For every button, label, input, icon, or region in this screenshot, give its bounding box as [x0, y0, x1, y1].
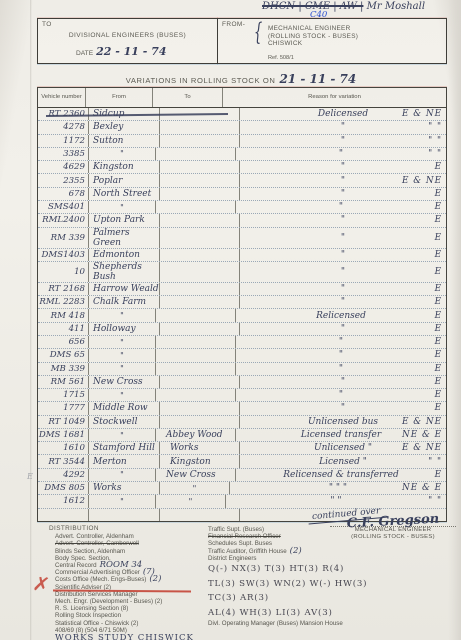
from-cell: " — [89, 363, 156, 375]
reason-cell: "" " — [236, 148, 446, 160]
table-row: RT 3544MertonKingstonLicensed "" " — [38, 454, 446, 467]
distribution-item-text: TC(3) AR(3) — [208, 593, 269, 603]
distribution-item-text: WORKS STUDY CHISWICK — [55, 633, 194, 640]
reason-cell: "E — [240, 188, 446, 200]
from-cell: Upton Park — [89, 214, 160, 226]
table-row: DMS 1681"Abbey WoodLicensed transferNE &… — [38, 428, 446, 441]
licensing-margin-code: " " — [428, 136, 442, 146]
licensing-margin-code: E — [435, 233, 442, 243]
distribution-item: Blinds Section, Aldenham — [55, 548, 205, 555]
licensing-margin-code: NE & E — [402, 430, 442, 440]
reason-cell: "E — [236, 363, 446, 375]
date-line: DATE22 - 11 - 74 — [76, 45, 166, 58]
reason-text: Relicensed & transferred — [283, 470, 399, 480]
from-cell: " — [89, 469, 156, 481]
handwritten-annotation: (2) — [290, 546, 302, 556]
from-cell: Harrow Weald — [89, 283, 160, 295]
distribution-item: Mech. Engr. (Development - Buses) (2) — [55, 598, 205, 605]
reason-text: " " " — [329, 483, 347, 493]
distribution-item-text: R. S. Licensing Section (8) — [55, 605, 128, 612]
table-body: RT 2360SidcupDelicensedE & NE4278Bexley"… — [38, 108, 446, 521]
table-header-row: Vehicle number From To Reason for variat… — [38, 88, 446, 108]
licensing-margin-code: E — [435, 390, 442, 400]
reason-text: " — [341, 136, 345, 146]
reason-text: " — [339, 337, 343, 347]
distribution-item-text: Q(-) NX(3) T(3) HT(3) R(4) — [208, 564, 344, 574]
reason-cell: "E — [240, 283, 446, 295]
vehicle-cell: 1172 — [38, 135, 89, 147]
to-cell: Kingston — [160, 455, 240, 467]
distribution-item-text: Statistical Office - Chiswick (2) — [55, 620, 138, 627]
margin-mark-e: E — [27, 472, 33, 481]
reason-cell: Relicensed & transferredE — [236, 469, 446, 481]
header-reason: Reason for variation — [223, 88, 446, 107]
reason-cell: Licensed "" " — [240, 455, 446, 467]
to-cell — [160, 262, 240, 282]
to-cell: Works — [160, 442, 240, 454]
reason-text: " — [341, 377, 345, 387]
reason-text: " — [341, 122, 345, 132]
to-cell — [160, 249, 240, 261]
table-row: 1777Middle Row"E — [38, 401, 446, 414]
table-row: 4292"New CrossRelicensed & transferredE — [38, 468, 446, 481]
licensing-margin-code: E — [435, 162, 442, 172]
vehicle-cell: 411 — [38, 323, 89, 335]
reason-text: " — [341, 324, 345, 334]
licensing-margin-code: E — [435, 324, 442, 334]
reason-text: " — [341, 297, 345, 307]
reason-cell: "" " — [240, 135, 446, 147]
distribution-item: TC(3) AR(3) — [208, 591, 438, 606]
vehicle-cell: 3385 — [38, 148, 89, 160]
table-row: 1172Sutton"" " — [38, 134, 446, 147]
reason-text: " — [341, 189, 345, 199]
table-row: 411Holloway"E — [38, 322, 446, 335]
to-cell — [160, 121, 240, 133]
reason-text: " — [341, 250, 345, 260]
reason-text: " — [339, 149, 343, 159]
red-pen-cross: ✗ — [31, 571, 52, 598]
to-cell — [160, 323, 240, 335]
reference-number: Ref. 508/1 — [268, 55, 294, 61]
from-cell: Middle Row — [89, 402, 160, 414]
distribution-item: Costs Office (Mech. Engs-Buses)(2) — [55, 576, 205, 583]
distribution-item: District Engineers — [208, 555, 438, 562]
vehicle-cell: RM 339 — [38, 228, 89, 248]
table-row: DMS1403Edmonton"E — [38, 248, 446, 261]
from-cell: " — [89, 495, 156, 507]
licensing-margin-code: E — [435, 364, 442, 374]
to-cell — [160, 228, 240, 248]
table-row: RM 339Palmers Green"E — [38, 227, 446, 248]
reason-cell: "E — [240, 376, 446, 388]
table-row: RML2400Upton Park"E — [38, 213, 446, 226]
to-cell — [160, 161, 240, 173]
from-cell: Sutton — [89, 135, 160, 147]
routing-name: Mr Moshall — [367, 1, 425, 12]
reason-cell: "E — [240, 228, 446, 248]
licensing-margin-code: E — [435, 267, 442, 277]
distribution-item-text: Mech. Engr. (Development - Buses) (2) — [55, 598, 162, 605]
to-cell — [160, 296, 240, 308]
from-line-3: CHISWICK — [268, 40, 358, 48]
licensing-margin-code: " " — [428, 496, 442, 506]
distribution-item: Statistical Office - Chiswick (2) — [55, 620, 205, 627]
licensing-margin-code: E & NE — [402, 443, 442, 453]
licensing-margin-code: E — [435, 284, 442, 294]
vehicle-cell: 4292 — [38, 469, 89, 481]
licensing-margin-code: E — [435, 350, 442, 360]
reason-text: Licensed " — [319, 457, 367, 467]
reason-text: " — [339, 202, 343, 212]
distribution-item-text: Schedules Supt. Buses — [208, 540, 272, 547]
vehicle-cell: DMS 805 — [38, 482, 89, 494]
from-cell: " — [89, 201, 156, 213]
title-date-handwritten: 21 - 11 - 74 — [279, 72, 356, 86]
reason-cell: "" " — [240, 121, 446, 133]
reason-text: Unlicensed bus — [308, 417, 378, 427]
to-cell — [160, 283, 240, 295]
table-row: DMS 805Works"" " "NE & E — [38, 481, 446, 494]
to-cell — [156, 309, 236, 321]
distribution-item-text: Central Record — [55, 562, 97, 569]
table-row: RT 2168Harrow Weald"E — [38, 282, 446, 295]
title-printed: VARIATIONS IN ROLLING STOCK ON — [126, 76, 276, 85]
vehicle-cell — [38, 509, 89, 521]
reason-cell: "E & NE — [240, 174, 446, 186]
from-cell: Works — [89, 482, 160, 494]
licensing-margin-code: E — [435, 189, 442, 199]
vehicle-cell: DMS 1681 — [38, 429, 89, 441]
vehicle-cell: RM 418 — [38, 309, 89, 321]
licensing-margin-code: E — [435, 215, 442, 225]
distribution-item-text: Costs Office (Mech. Engs-Buses) — [55, 576, 146, 583]
reason-cell: "E — [240, 402, 446, 414]
to-recipient: DIVISIONAL ENGINEERS (BUSES) — [38, 32, 217, 39]
from-cell: Palmers Green — [89, 228, 160, 248]
licensing-margin-code: E & NE — [402, 417, 442, 427]
handwritten-annotation: (2) — [149, 574, 161, 584]
from-cell: Poplar — [89, 174, 160, 186]
to-cell — [160, 188, 240, 200]
table-row: MB 339""E — [38, 362, 446, 375]
scanned-memo-page: DHCN | CME | AW | Mr Moshall C40 TO DIVI… — [0, 0, 461, 640]
licensing-margin-code: E — [435, 337, 442, 347]
reason-cell: "E — [240, 262, 446, 282]
reason-cell: "E — [240, 161, 446, 173]
from-line-2: (ROLLING STOCK - BUSES) — [268, 33, 358, 41]
reason-cell: "E — [236, 389, 446, 401]
vehicle-cell: 1612 — [38, 495, 89, 507]
reason-text: " " — [330, 496, 341, 506]
reason-text: " — [339, 350, 343, 360]
reason-text: Relicensed — [316, 311, 366, 321]
distribution-left-column: DISTRIBUTION Advert. Controller, Aldenha… — [55, 525, 205, 640]
from-cell: Bexley — [89, 121, 160, 133]
table-row: RM 418"RelicensedE — [38, 308, 446, 321]
distribution-item-text: Traffic Supt. (Buses) — [208, 526, 264, 533]
distribution-item-text: District Engineers — [208, 555, 257, 562]
from-address: MECHANICAL ENGINEER (ROLLING STOCK - BUS… — [268, 25, 358, 48]
reason-text: " — [341, 267, 345, 277]
licensing-margin-code: " " — [428, 149, 442, 159]
to-cell — [160, 416, 240, 428]
table-row: 4629Kingston"E — [38, 160, 446, 173]
licensing-margin-code: E & NE — [402, 176, 442, 186]
vehicle-cell: DMS 65 — [38, 349, 89, 361]
reason-cell: "E — [240, 249, 446, 261]
licensing-margin-code: " " — [428, 457, 442, 467]
reason-text: " — [341, 176, 345, 186]
reason-text: " — [341, 215, 345, 225]
distribution-heading: DISTRIBUTION — [49, 525, 205, 532]
vehicle-cell: RM 561 — [38, 376, 89, 388]
reason-cell: DelicensedE & NE — [240, 108, 446, 120]
vehicle-cell: 2355 — [38, 174, 89, 186]
vehicle-cell: 10 — [38, 262, 89, 282]
vehicle-cell: 656 — [38, 336, 89, 348]
distribution-item: Q(-) NX(3) T(3) HT(3) R(4) — [208, 562, 438, 577]
distribution-item: Traffic Auditor, Griffith House(2) — [208, 548, 438, 555]
to-cell — [160, 402, 240, 414]
reason-cell: " "" " — [226, 495, 446, 507]
reason-cell: "E — [236, 349, 446, 361]
distribution-item-text: Traffic Auditor, Griffith House — [208, 548, 287, 555]
vehicle-cell: RT 1049 — [38, 416, 89, 428]
distribution-item: Divl. Operating Manager (Buses) Mansion … — [208, 620, 438, 627]
form-title: VARIATIONS IN ROLLING STOCK ON21 - 11 - … — [37, 70, 445, 88]
reason-text: " — [341, 284, 345, 294]
distribution-item-text: Advert. Controller, Camberwell — [55, 540, 139, 547]
reason-text: " — [341, 403, 345, 413]
reason-cell: RelicensedE — [236, 309, 446, 321]
reason-cell: "E — [240, 214, 446, 226]
table-row: RT 2360SidcupDelicensedE & NE — [38, 108, 446, 120]
licensing-margin-code: E — [435, 297, 442, 307]
licensing-margin-code: E — [435, 403, 442, 413]
to-label: TO — [42, 21, 52, 28]
from-cell: Holloway — [89, 323, 160, 335]
distribution-item-text: Rolling Stock Inspection — [55, 612, 121, 619]
distribution-item-text: Advert. Controller, Aldenham — [55, 533, 134, 540]
to-cell — [156, 363, 236, 375]
licensing-margin-code: E — [435, 311, 442, 321]
to-cell: New Cross — [156, 469, 236, 481]
reason-cell: Licensed transferNE & E — [236, 429, 446, 441]
variations-table: Vehicle number From To Reason for variat… — [37, 87, 447, 522]
from-cell: Chalk Farm — [89, 296, 160, 308]
to-cell — [160, 135, 240, 147]
from-cell: Shepherds Bush — [89, 262, 160, 282]
reason-text: " — [339, 390, 343, 400]
from-cell: " — [89, 309, 156, 321]
paper-fold-line — [30, 0, 32, 640]
reason-text: " — [341, 162, 345, 172]
scan-edge — [448, 0, 461, 640]
vehicle-cell: 4629 — [38, 161, 89, 173]
distribution-item-text: Blinds Section, Aldenham — [55, 548, 125, 555]
reason-cell: Unlicensed busE & NE — [240, 416, 446, 428]
distribution-item-text: Divl. Operating Manager (Buses) Mansion … — [208, 620, 343, 627]
distribution-item: Rolling Stock Inspection — [55, 612, 205, 619]
from-cell: Edmonton — [89, 249, 160, 261]
distribution-item-text: TL(3) SW(3) WN(2) W(-) HW(3) — [208, 579, 367, 589]
vehicle-cell: RT 3544 — [38, 455, 89, 467]
reason-cell: "E — [236, 336, 446, 348]
date-value-handwritten: 22 - 11 - 74 — [96, 45, 166, 58]
from-cell: " — [89, 349, 156, 361]
reason-cell: Unlicensed "E & NE — [240, 442, 446, 454]
from-cell: " — [89, 148, 156, 160]
table-row: 656""E — [38, 335, 446, 348]
licensing-margin-code: E — [435, 377, 442, 387]
table-row: 1715""E — [38, 388, 446, 401]
from-box: FROM- { MECHANICAL ENGINEER (ROLLING STO… — [217, 18, 447, 64]
vehicle-cell: SMS401 — [38, 201, 89, 213]
from-cell: Stockwell — [89, 416, 160, 428]
distribution-item: Schedules Supt. Buses — [208, 540, 438, 547]
licensing-margin-code: " " — [428, 122, 442, 132]
vehicle-cell: RML2400 — [38, 214, 89, 226]
vehicle-cell: 1610 — [38, 442, 89, 454]
from-cell: Stamford Hill — [89, 442, 160, 454]
distribution-item: R. S. Licensing Section (8) — [55, 605, 205, 612]
licensing-margin-code: E — [435, 250, 442, 260]
vehicle-cell: 1777 — [38, 402, 89, 414]
to-cell — [156, 201, 236, 213]
to-cell: Abbey Wood — [156, 429, 236, 441]
date-label: DATE — [76, 50, 93, 57]
to-cell — [156, 349, 236, 361]
header-from: From — [86, 88, 153, 107]
from-cell: Kingston — [89, 161, 160, 173]
reason-text: " — [341, 233, 345, 243]
to-box: TO DIVISIONAL ENGINEERS (BUSES) DATE22 -… — [37, 18, 218, 64]
distribution-left-list: Advert. Controller, AldenhamAdvert. Cont… — [55, 533, 205, 640]
from-label: FROM- — [222, 21, 245, 28]
reason-text: Licensed transfer — [301, 430, 381, 440]
signature-block: C.F. Gregson MECHANICAL ENGINEER (ROLLIN… — [330, 514, 456, 541]
reason-cell: "E — [240, 323, 446, 335]
vehicle-cell: 678 — [38, 188, 89, 200]
signatory-title-2: (ROLLING STOCK - BUSES) — [330, 534, 456, 541]
from-cell — [89, 509, 160, 521]
distribution-item: Advert. Controller, Aldenham — [55, 533, 205, 540]
table-row: 3385""" " — [38, 147, 446, 160]
table-row: RM 561New Cross"E — [38, 375, 446, 388]
vehicle-cell: 4278 — [38, 121, 89, 133]
distribution-item: Advert. Controller, Camberwell — [55, 540, 205, 547]
handwritten-brace: { — [254, 19, 262, 48]
from-cell: Merton — [89, 455, 160, 467]
table-row: SMS401""E — [38, 200, 446, 213]
to-cell: " — [156, 495, 226, 507]
header-to: To — [153, 88, 223, 107]
licensing-margin-code: E — [435, 470, 442, 480]
from-line-1: MECHANICAL ENGINEER — [268, 25, 358, 33]
reason-text: Unlicensed " — [314, 443, 372, 453]
vehicle-cell: DMS1403 — [38, 249, 89, 261]
vehicle-cell: 1715 — [38, 389, 89, 401]
to-cell: " — [160, 482, 230, 494]
licensing-margin-code: E & NE — [402, 109, 442, 119]
vehicle-cell: RML 2283 — [38, 296, 89, 308]
vehicle-cell: RT 2168 — [38, 283, 89, 295]
distribution-item: AL(4) WH(3) LI(3) AV(3) — [208, 606, 438, 621]
to-cell — [160, 214, 240, 226]
table-row: 10Shepherds Bush"E — [38, 261, 446, 282]
reason-text: Delicensed — [318, 109, 368, 119]
to-cell — [156, 389, 236, 401]
from-cell: New Cross — [89, 376, 160, 388]
to-cell — [156, 148, 236, 160]
table-row: RT 1049StockwellUnlicensed busE & NE — [38, 415, 446, 428]
to-cell — [160, 509, 240, 521]
from-cell: " — [89, 336, 156, 348]
to-cell — [160, 174, 240, 186]
reason-cell: "E — [236, 201, 446, 213]
reason-cell: " " "NE & E — [230, 482, 446, 494]
licensing-margin-code: E — [435, 202, 442, 212]
to-cell — [156, 336, 236, 348]
table-row: DMS 65""E — [38, 348, 446, 361]
from-cell: " — [89, 429, 156, 441]
vehicle-cell: MB 339 — [38, 363, 89, 375]
from-cell: North Street — [89, 188, 160, 200]
table-row: 678North Street"E — [38, 187, 446, 200]
distribution-right-column: Traffic Supt. (Buses)Financial Research … — [208, 526, 438, 627]
table-row: 4278Bexley"" " — [38, 120, 446, 133]
table-row: 2355Poplar"E & NE — [38, 173, 446, 186]
from-cell: " — [89, 389, 156, 401]
table-row: RML 2283Chalk Farm"E — [38, 295, 446, 308]
distribution-item: WORKS STUDY CHISWICK — [55, 635, 205, 640]
distribution-item-text: Financial Research Officer — [208, 533, 281, 540]
reason-text: " — [339, 364, 343, 374]
to-cell — [160, 376, 240, 388]
distribution-item-text: AL(4) WH(3) LI(3) AV(3) — [208, 608, 333, 618]
licensing-margin-code: NE & E — [402, 483, 442, 493]
table-row: 1610Stamford HillWorksUnlicensed "E & NE — [38, 441, 446, 454]
header-vehicle-number: Vehicle number — [38, 88, 86, 107]
reason-cell: "E — [240, 296, 446, 308]
distribution-item: TL(3) SW(3) WN(2) W(-) HW(3) — [208, 577, 438, 592]
